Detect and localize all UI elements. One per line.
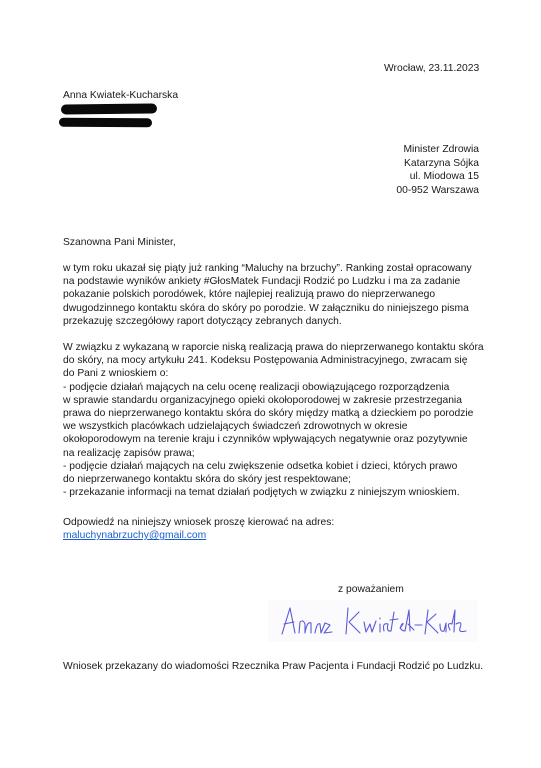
- text-line: do skóry, na mocy artykułu 241. Kodeksu …: [63, 354, 493, 367]
- text-line: pokazanie polskich porodówek, które najl…: [63, 288, 493, 301]
- greeting: Szanowna Pani Minister,: [63, 236, 176, 249]
- sender-name: Anna Kwiatek-Kucharska: [63, 89, 178, 102]
- footer-note: Wniosek przekazany do wiadomości Rzeczni…: [63, 660, 483, 673]
- text-line: okołoporodowym na terenie kraju i czynni…: [63, 433, 493, 446]
- handwritten-signature: [268, 600, 478, 642]
- text-line: na realizację zapisów prawa;: [63, 447, 493, 460]
- text-line: na podstawie wyników ankiety #GłosMatek …: [63, 275, 493, 288]
- text-line: dwugodzinnego kontaktu skóra do skóry po…: [63, 302, 493, 315]
- reply-email-link[interactable]: maluchynabrzuchy@gmail.com: [63, 530, 206, 541]
- redacted-address-line-1: [61, 103, 157, 114]
- text-line: do nieprzerwanego kontaktu skóra do skór…: [63, 473, 493, 486]
- closing-text: z poważaniem: [338, 583, 404, 596]
- paragraph-ranking: w tym roku ukazał się piąty już ranking …: [63, 262, 493, 328]
- recipient-line: ul. Miodowa 15: [396, 170, 479, 184]
- text-line: w tym roku ukazał się piąty już ranking …: [63, 262, 493, 275]
- recipient-address: Minister Zdrowia Katarzyna Sójka ul. Mio…: [396, 143, 479, 197]
- recipient-line: Minister Zdrowia: [396, 143, 479, 157]
- text-line: W związku z wykazaną w raporcie niską re…: [63, 341, 493, 354]
- reply-instructions: Odpowiedź na niniejszy wniosek proszę ki…: [63, 516, 334, 542]
- reply-text: Odpowiedź na niniejszy wniosek proszę ki…: [63, 516, 334, 529]
- paragraph-request: W związku z wykazaną w raporcie niską re…: [63, 341, 493, 499]
- recipient-line: Katarzyna Sójka: [396, 157, 479, 171]
- text-line: w sprawie standardu organizacyjnego opie…: [63, 394, 493, 407]
- request-item: - podjęcie działań mających na celu zwię…: [63, 460, 493, 473]
- text-line: we wszystkich placówkach udzielających ś…: [63, 420, 493, 433]
- text-line: do Pani z wnioskiem o:: [63, 367, 493, 380]
- request-item: - przekazanie informacji na temat działa…: [63, 486, 493, 499]
- request-item: - podjęcie działań mających na celu ocen…: [63, 381, 493, 394]
- text-line: przekazuję szczegółowy raport dotyczący …: [63, 315, 493, 328]
- redacted-address-line-2: [59, 118, 152, 128]
- letter-date: Wrocław, 23.11.2023: [384, 62, 479, 75]
- text-line: prawa do nieprzerwanego kontaktu skóra d…: [63, 407, 493, 420]
- recipient-line: 00-952 Warszawa: [396, 184, 479, 198]
